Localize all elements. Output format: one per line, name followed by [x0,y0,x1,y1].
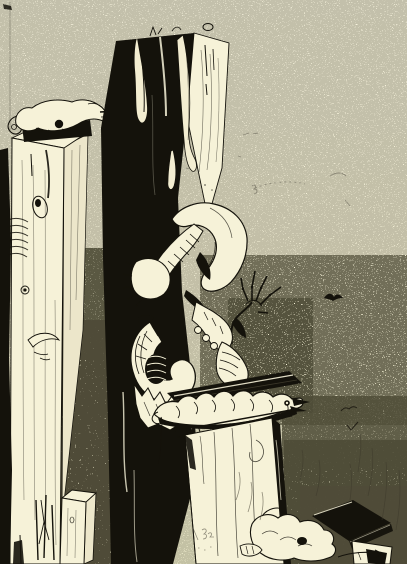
figure-eye [55,120,63,128]
artwork-canvas [0,0,407,564]
shoulder-mass [131,259,170,299]
small-block [60,490,96,564]
ink-drawing [0,0,407,564]
